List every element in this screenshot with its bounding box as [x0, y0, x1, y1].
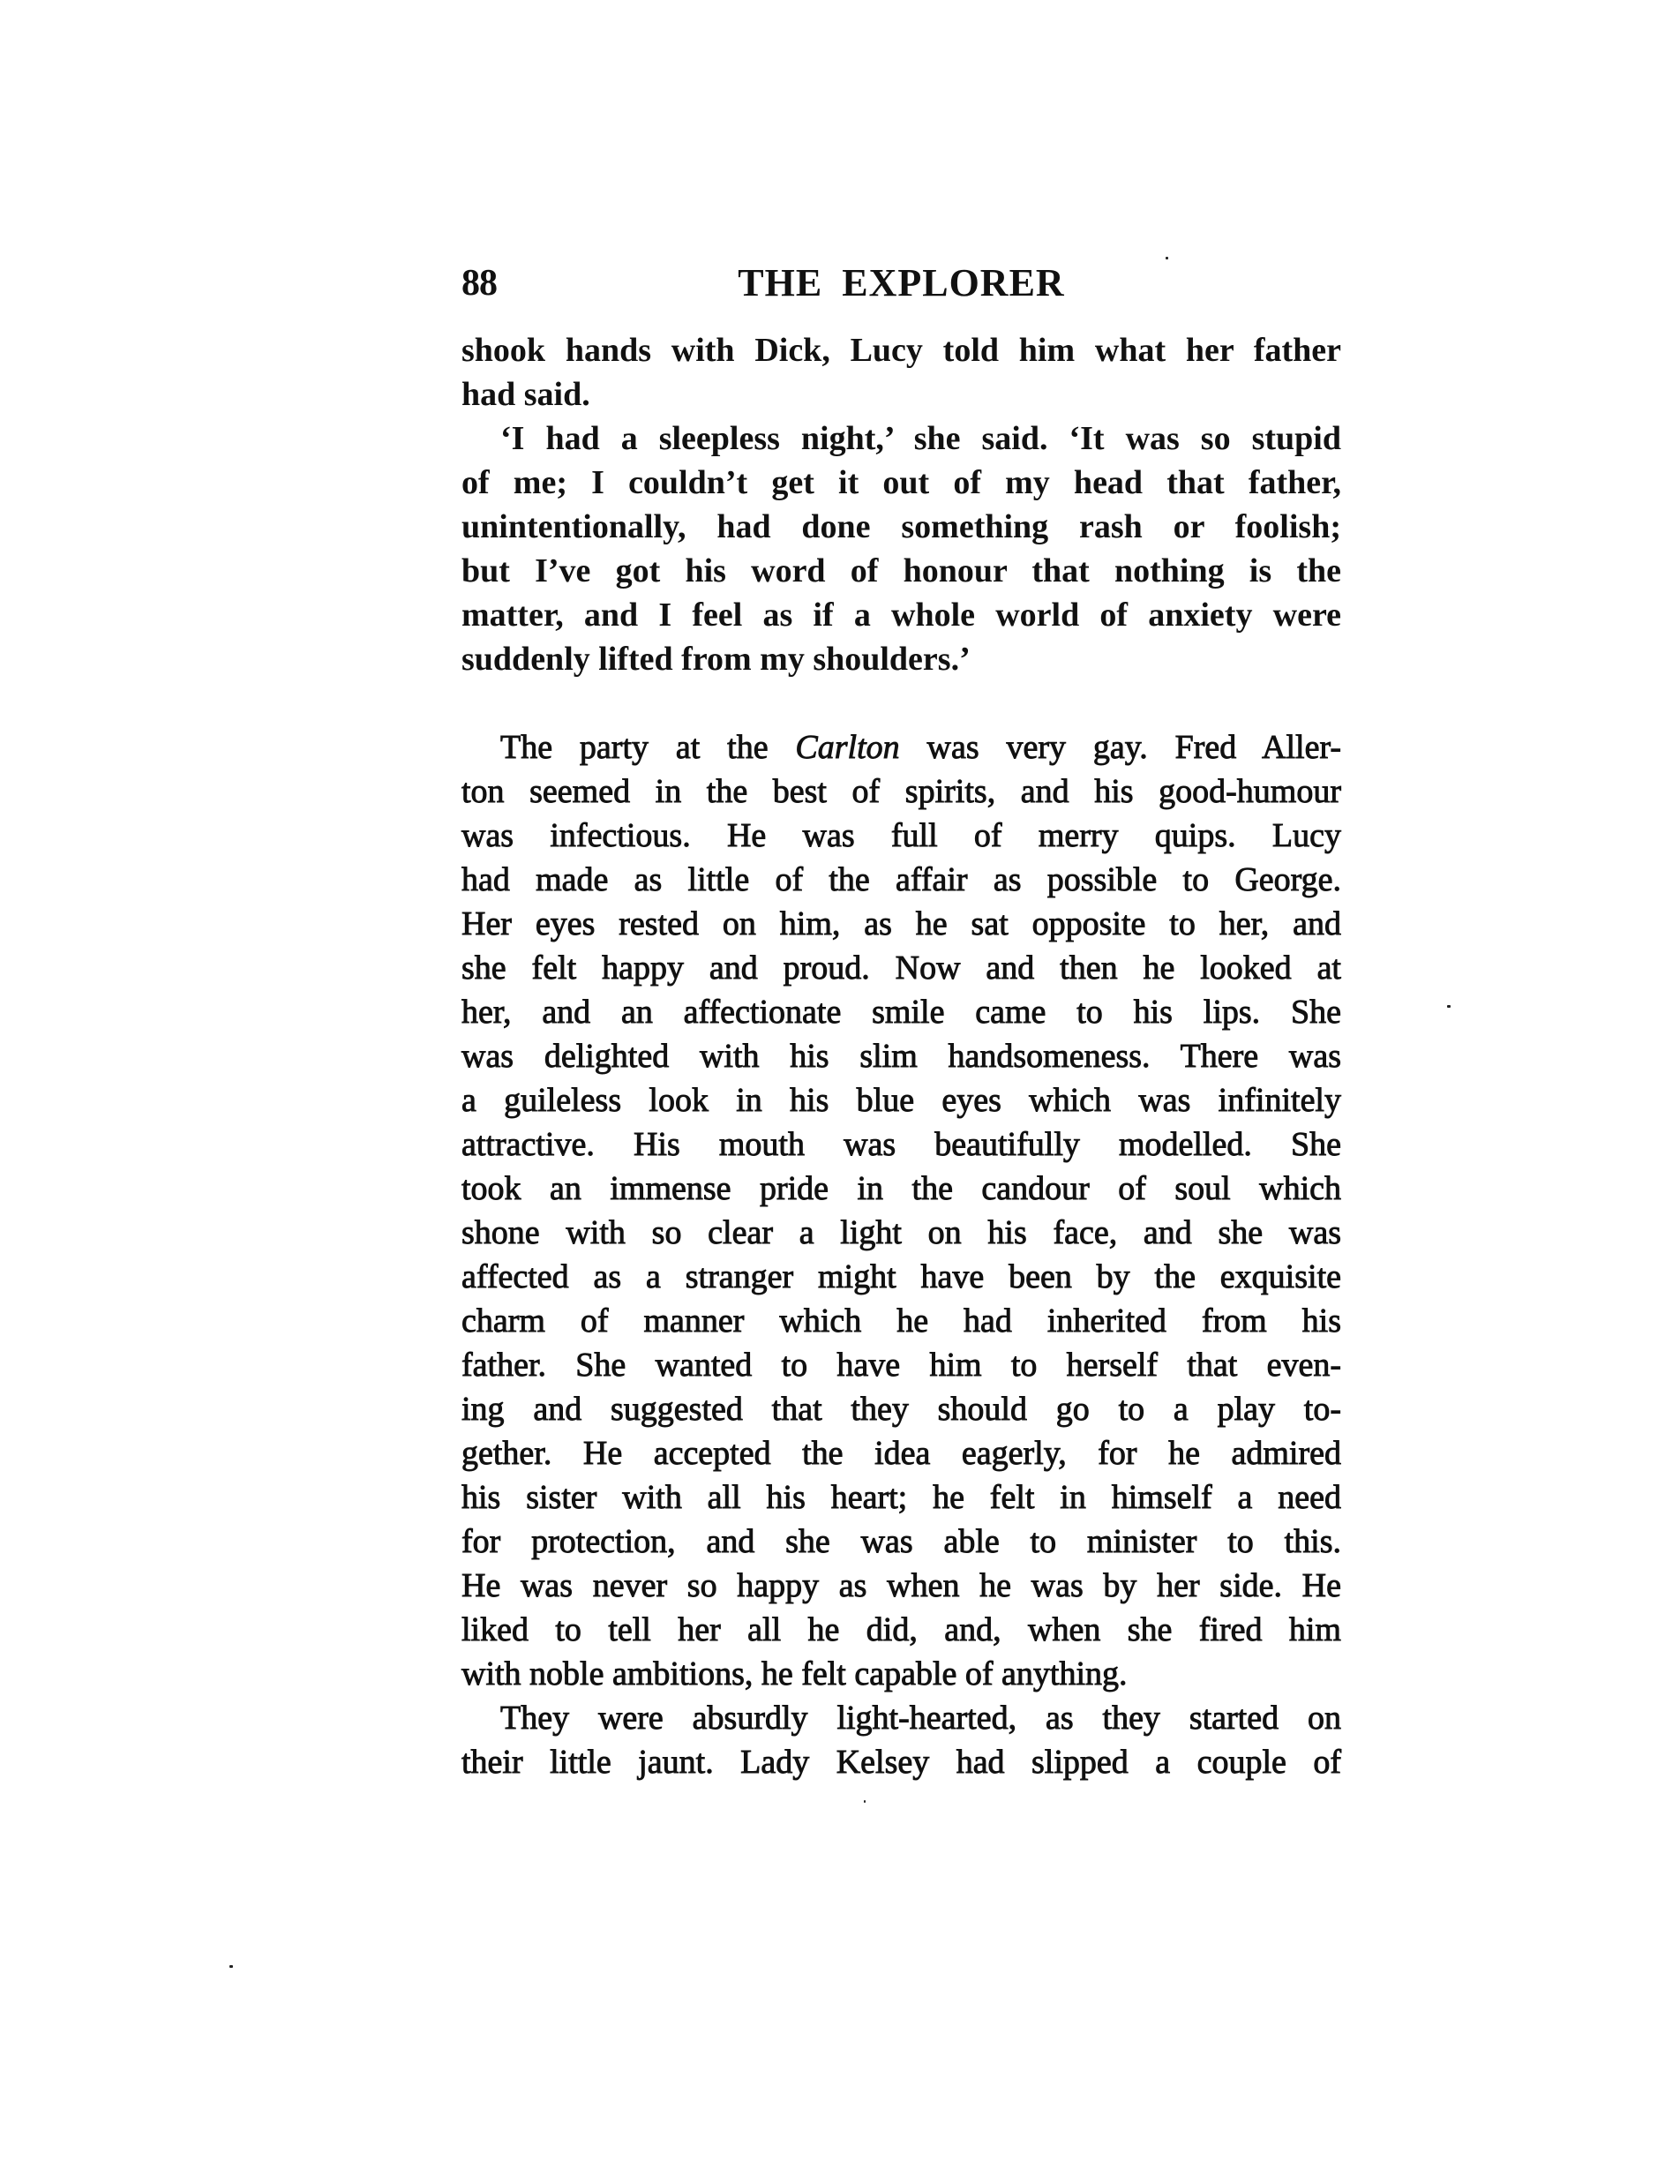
- text-line: He was never so happy as when he was by …: [461, 1564, 1341, 1608]
- running-title: THE EXPLORER: [461, 261, 1341, 305]
- text-line: had made as little of the affair as poss…: [461, 858, 1341, 902]
- text-line: charm of manner which he had inherited f…: [461, 1299, 1341, 1343]
- text-line: took an immense pride in the candour of …: [461, 1167, 1341, 1211]
- text-line: a guileless look in his blue eyes which …: [461, 1078, 1341, 1122]
- text-line: ton seemed in the best of spirits, and h…: [461, 769, 1341, 814]
- text-line: matter, and I feel as if a whole world o…: [461, 593, 1341, 637]
- text-line: ing and suggested that they should go to…: [461, 1387, 1341, 1431]
- text-line: had said.: [461, 372, 1341, 417]
- scan-speck: [1447, 1005, 1451, 1008]
- text-line: ‘I had a sleepless night,’ she said. ‘It…: [461, 417, 1341, 461]
- paragraph-lucy-speech: ‘I had a sleepless night,’ she said. ‘It…: [461, 417, 1341, 681]
- text-line: affected as a stranger might have been b…: [461, 1255, 1341, 1299]
- text-line-with-italic: The party at the Carlton was very gay. F…: [461, 725, 1341, 769]
- text-line: with noble ambitions, he felt capable of…: [461, 1652, 1341, 1696]
- scan-speck: [1166, 257, 1168, 259]
- text-line: was delighted with his slim handsomeness…: [461, 1034, 1341, 1078]
- text-line: Her eyes rested on him, as he sat opposi…: [461, 902, 1341, 946]
- text-line: father. She wanted to have him to hersel…: [461, 1343, 1341, 1387]
- text-line: They were absurdly light-hearted, as the…: [461, 1696, 1341, 1740]
- text-line: for protection, and she was able to mini…: [461, 1520, 1341, 1564]
- scan-speck: [864, 1800, 866, 1803]
- book-page: 88 THE EXPLORER shook hands with Dick, L…: [0, 0, 1680, 2184]
- text-line: gether. He accepted the idea eagerly, fo…: [461, 1431, 1341, 1475]
- text-line: attractive. His mouth was beautifully mo…: [461, 1122, 1341, 1167]
- text-line: his sister with all his heart; he felt i…: [461, 1475, 1341, 1520]
- text-run: The party at the: [500, 729, 795, 766]
- text-line: shook hands with Dick, Lucy told him wha…: [461, 328, 1341, 372]
- scan-speck: [229, 1965, 233, 1968]
- paragraph-continuation: shook hands with Dick, Lucy told him wha…: [461, 328, 1341, 417]
- text-line: was infectious. He was full of merry qui…: [461, 814, 1341, 858]
- italic-venue-name: Carlton: [795, 729, 899, 766]
- body-text: shook hands with Dick, Lucy told him wha…: [461, 328, 1341, 1784]
- text-line: unintentionally, had done something rash…: [461, 505, 1341, 549]
- text-line: suddenly lifted from my shoulders.’: [461, 637, 1341, 681]
- text-line: liked to tell her all he did, and, when …: [461, 1608, 1341, 1652]
- paragraph-carlton-party: The party at the Carlton was very gay. F…: [461, 725, 1341, 1696]
- text-line: she felt happy and proud. Now and then h…: [461, 946, 1341, 990]
- text-line: their little jaunt. Lady Kelsey had slip…: [461, 1740, 1341, 1784]
- text-line: her, and an affectionate smile came to h…: [461, 990, 1341, 1034]
- running-head: 88 THE EXPLORER: [461, 261, 1341, 305]
- text-line: of me; I couldn’t get it out of my head …: [461, 461, 1341, 505]
- text-line: shone with so clear a light on his face,…: [461, 1211, 1341, 1255]
- text-run: was very gay. Fred Aller-: [900, 729, 1341, 766]
- paragraph-jaunt: They were absurdly light-hearted, as the…: [461, 1696, 1341, 1784]
- text-line: but I’ve got his word of honour that not…: [461, 549, 1341, 593]
